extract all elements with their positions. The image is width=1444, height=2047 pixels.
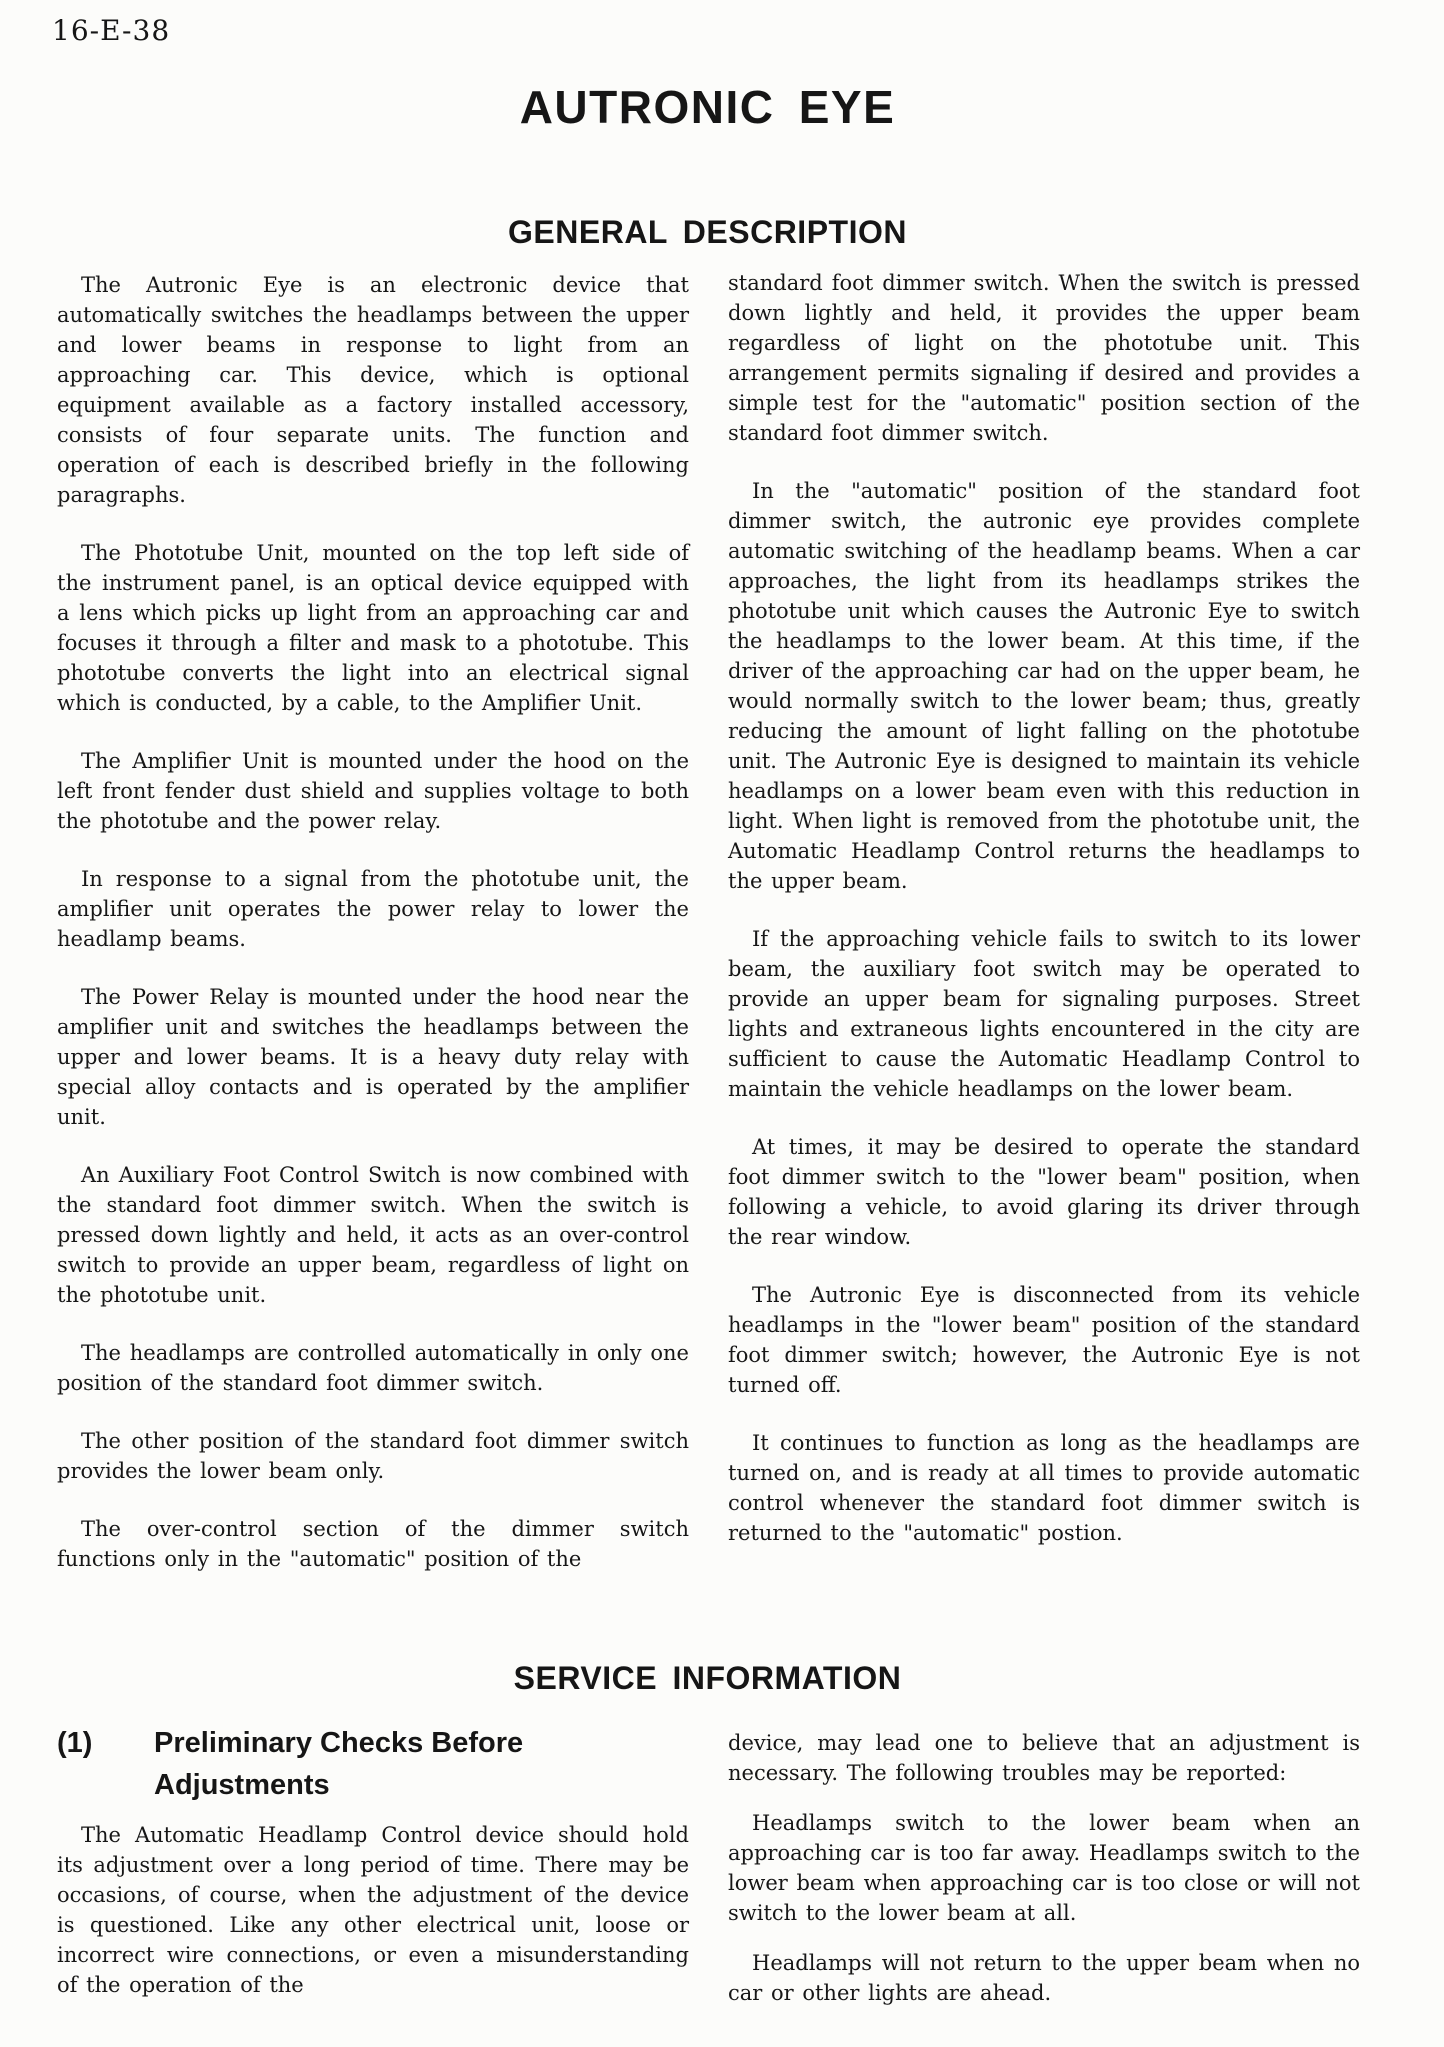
paragraph-continuation: standard foot dimmer switch. When the sw… [728,268,1360,448]
paragraph: At times, it may be desired to operate t… [728,1132,1360,1252]
subsection-heading: (1) Preliminary Checks Before Adjustment… [57,1722,689,1806]
paragraph: The Automatic Headlamp Control device sh… [57,1820,689,2000]
paragraph: The Amplifier Unit is mounted under the … [57,746,689,836]
paragraph: The Power Relay is mounted under the hoo… [57,982,689,1132]
service-information-left-column: (1) Preliminary Checks Before Adjustment… [57,1722,689,2000]
paragraph: It continues to function as long as the … [728,1428,1360,1548]
paragraph: The other position of the standard foot … [57,1426,689,1486]
page-number: 16-E-38 [52,14,170,47]
paragraph: Headlamps will not return to the upper b… [728,1948,1360,2008]
paragraph: Headlamps switch to the lower beam when … [728,1808,1360,1928]
paragraph: The Autronic Eye is disconnected from it… [728,1280,1360,1400]
subsection-number: (1) [57,1722,154,1806]
paragraph: The over-control section of the dimmer s… [57,1514,689,1574]
paragraph: If the approaching vehicle fails to swit… [728,924,1360,1104]
paragraph: The Phototube Unit, mounted on the top l… [57,538,689,718]
general-description-right-column: standard foot dimmer switch. When the sw… [728,268,1360,1548]
section-heading-service-information: SERVICE INFORMATION [57,1660,1358,1697]
page-title: AUTRONIC EYE [57,80,1358,134]
paragraph: The headlamps are controlled automatical… [57,1338,689,1398]
paragraph: In the "automatic" position of the stand… [728,476,1360,896]
paragraph: The Autronic Eye is an electronic device… [57,270,689,510]
service-information-right-column: device, may lead one to believe that an … [728,1728,1360,2008]
subsection-title: Preliminary Checks Before Adjustments [154,1722,584,1806]
manual-page: 16-E-38 AUTRONIC EYE GENERAL DESCRIPTION… [0,0,1444,2047]
paragraph-continuation: device, may lead one to believe that an … [728,1728,1360,1788]
general-description-left-column: The Autronic Eye is an electronic device… [57,270,689,1574]
section-heading-general-description: GENERAL DESCRIPTION [57,214,1358,251]
paragraph: An Auxiliary Foot Control Switch is now … [57,1160,689,1310]
paragraph: In response to a signal from the phototu… [57,864,689,954]
